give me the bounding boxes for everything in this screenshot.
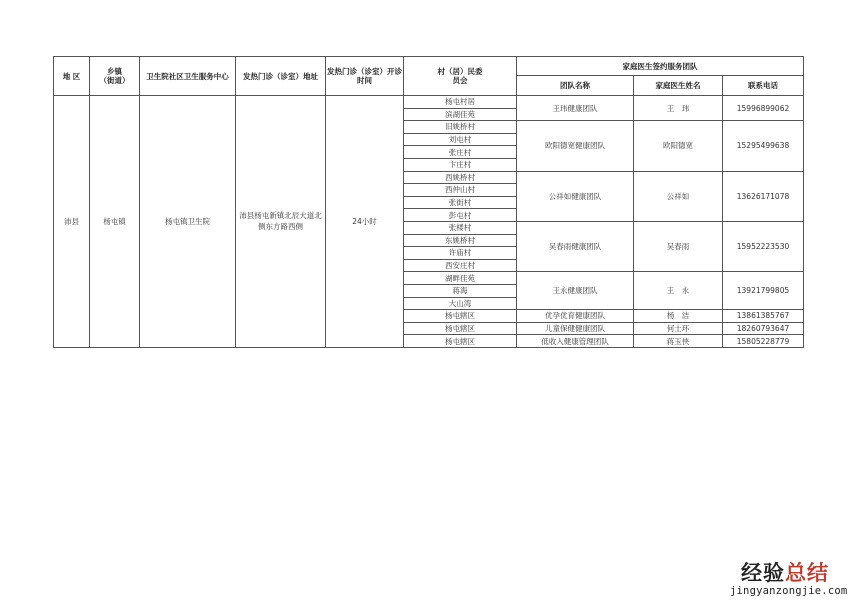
- doctor-name-cell: 王 永: [634, 272, 723, 310]
- phone-cell: 15295499638: [723, 121, 804, 171]
- village-cell: 杨屯辖区: [404, 310, 517, 323]
- watermark-url: jingyanzongjie.com: [730, 585, 840, 597]
- team-name-cell: 公祥如健康团队: [517, 171, 634, 221]
- site-watermark: 经验总结 jingyanzongjie.com: [730, 561, 840, 597]
- health-center-cell: 杨屯镇卫生院: [140, 96, 236, 348]
- village-cell: 杨屯辖区: [404, 335, 517, 348]
- phone-cell: 15805228779: [723, 335, 804, 348]
- phone-cell: 18260793647: [723, 322, 804, 335]
- doctor-name-cell: 欧阳德宽: [634, 121, 723, 171]
- header-village-committee: 村（居）民委员会: [404, 57, 517, 96]
- village-cell: 张庄村: [404, 146, 517, 159]
- doctor-name-cell: 公祥如: [634, 171, 723, 221]
- phone-cell: 13626171078: [723, 171, 804, 221]
- team-name-cell: 儿童保健健康团队: [517, 322, 634, 335]
- watermark-logo-text: 经验总结: [730, 561, 840, 585]
- village-cell: 西仲山村: [404, 184, 517, 197]
- team-name-cell: 王玮健康团队: [517, 96, 634, 121]
- team-name-cell: 欧阳德宽健康团队: [517, 121, 634, 171]
- phone-cell: 15996899062: [723, 96, 804, 121]
- village-cell: 张楼村: [404, 221, 517, 234]
- header-region: 地 区: [54, 57, 90, 96]
- team-name-cell: 优孕优育健康团队: [517, 310, 634, 323]
- watermark-text-dark: 经验: [741, 561, 785, 585]
- doctor-name-cell: 王 玮: [634, 96, 723, 121]
- town-cell: 杨屯镇: [90, 96, 140, 348]
- header-town: 乡镇 （街道）: [90, 57, 140, 96]
- family-doctor-roster-table: 地 区 乡镇 （街道） 卫生院社区卫生服务中心 发热门诊（诊室）地址 发热门诊（…: [53, 56, 804, 348]
- doctor-name-cell: 吴春雨: [634, 221, 723, 271]
- village-cell: 旧姚桥村: [404, 121, 517, 134]
- team-name-cell: 低收入健康管理团队: [517, 335, 634, 348]
- village-cell: 东姚桥村: [404, 234, 517, 247]
- fever-clinic-hours-cell: 24小时: [326, 96, 404, 348]
- header-fever-clinic-address: 发热门诊（诊室）地址: [236, 57, 326, 96]
- village-cell: 西姚桥村: [404, 171, 517, 184]
- fever-clinic-address-cell: 沛县杨屯新镇北辰大道北侧东方路西侧: [236, 96, 326, 348]
- team-name-cell: 王永健康团队: [517, 272, 634, 310]
- village-cell: 刘屯村: [404, 133, 517, 146]
- village-cell: 杨屯村居: [404, 96, 517, 109]
- header-family-doctor-team-group: 家庭医生签约服务团队: [517, 57, 804, 76]
- village-cell: 湖畔佳苑: [404, 272, 517, 285]
- region-cell: 沛县: [54, 96, 90, 348]
- village-cell: 许庙村: [404, 247, 517, 260]
- table-row: 沛县杨屯镇杨屯镇卫生院沛县杨屯新镇北辰大道北侧东方路西侧24小时杨屯村居王玮健康…: [54, 96, 804, 109]
- village-cell: 张街村: [404, 196, 517, 209]
- phone-cell: 13921799805: [723, 272, 804, 310]
- header-doctor-name: 家庭医生姓名: [634, 76, 723, 96]
- header-team-name: 团队名称: [517, 76, 634, 96]
- village-cell: 蒋海: [404, 284, 517, 297]
- village-cell: 西安庄村: [404, 259, 517, 272]
- doctor-name-cell: 蒋玉侠: [634, 335, 723, 348]
- header-phone: 联系电话: [723, 76, 804, 96]
- doctor-name-cell: 杨 洁: [634, 310, 723, 323]
- watermark-text-red: 总结: [785, 561, 829, 585]
- team-name-cell: 吴春雨健康团队: [517, 221, 634, 271]
- village-cell: 彭屯村: [404, 209, 517, 222]
- phone-cell: 13861385767: [723, 310, 804, 323]
- header-fever-clinic-hours: 发热门诊（诊室）开诊时间: [326, 57, 404, 96]
- roster-body: 沛县杨屯镇杨屯镇卫生院沛县杨屯新镇北辰大道北侧东方路西侧24小时杨屯村居王玮健康…: [54, 96, 804, 348]
- doctor-name-cell: 何士环: [634, 322, 723, 335]
- village-cell: 卞庄村: [404, 158, 517, 171]
- village-cell: 滨湖佳苑: [404, 108, 517, 121]
- header-health-center: 卫生院社区卫生服务中心: [140, 57, 236, 96]
- phone-cell: 15952223530: [723, 221, 804, 271]
- village-cell: 杨屯辖区: [404, 322, 517, 335]
- village-cell: 大山湾: [404, 297, 517, 310]
